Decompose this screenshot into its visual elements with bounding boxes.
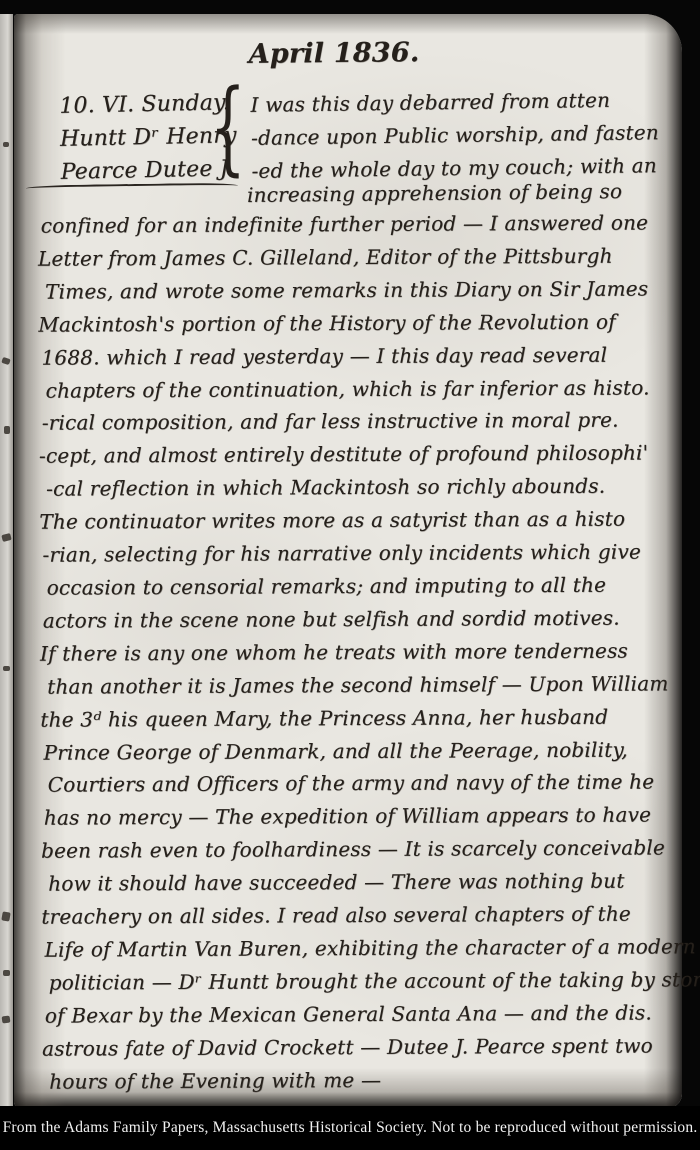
- facing-page-ink-mark: [3, 666, 10, 671]
- manuscript-line: Letter from James C. Gilleland, Editor o…: [38, 239, 674, 275]
- manuscript-line: has no mercy — The expedition of William…: [44, 799, 677, 835]
- manuscript-line: Mackintosh's portion of the History of t…: [38, 305, 674, 341]
- facing-page-ink-mark: [1, 533, 11, 542]
- manuscript-line: -cal reflection in which Mackintosh so r…: [46, 470, 675, 506]
- margin-divider-rule: [26, 183, 238, 192]
- manuscript-line: Courtiers and Officers of the army and n…: [48, 766, 677, 802]
- manuscript-line: been rash even to foolhardiness — It is …: [41, 832, 677, 868]
- manuscript-line: chapters of the continuation, which is f…: [46, 371, 675, 407]
- facing-page-edge: [0, 14, 13, 1106]
- entry-opening-lines: I was this day debarred from atten -danc…: [250, 83, 659, 188]
- facing-page-ink-mark: [2, 1015, 11, 1023]
- manuscript-line: politician — Dʳ Huntt brought the accoun…: [49, 963, 678, 999]
- entry-brace: {: [210, 76, 246, 180]
- manuscript-line: the 3ᵈ his queen Mary, the Princess Anna…: [40, 700, 676, 736]
- manuscript-line: -rian, selecting for his narrative only …: [42, 535, 675, 571]
- manuscript-line: astrous fate of David Crockett — Dutee J…: [42, 1029, 678, 1065]
- diary-date-heading: April 1836.: [0, 35, 668, 73]
- facing-page-ink-mark: [3, 970, 10, 976]
- manuscript-line: Prince George of Denmark, and all the Pe…: [43, 733, 676, 769]
- manuscript-line: occasion to censorial remarks; and imput…: [47, 568, 676, 604]
- manuscript-line: hours of the Evening with me —: [49, 1062, 678, 1098]
- facing-page-ink-mark: [1, 911, 10, 921]
- manuscript-line: actors in the scene none but selfish and…: [43, 601, 676, 637]
- entry-body-text: confined for an indefinite further perio…: [38, 206, 679, 1098]
- manuscript-line: how it should have succeeded — There was…: [48, 864, 677, 900]
- manuscript-line: 1688. which I read yesterday — I this da…: [41, 338, 674, 374]
- manuscript-line: If there is any one whom he treats with …: [40, 634, 676, 670]
- manuscript-page: April 1836. 10. VI. Sunday. Huntt Dʳ Hen…: [14, 14, 682, 1108]
- manuscript-line: treachery on all sides. I read also seve…: [41, 897, 677, 933]
- manuscript-line: of Bexar by the Mexican General Santa An…: [45, 996, 678, 1032]
- facing-page-ink-mark: [1, 357, 10, 365]
- manuscript-line: increasing apprehension of being so: [247, 179, 622, 207]
- manuscript-line: than another it is James the second hims…: [47, 667, 676, 703]
- attribution-text: From the Adams Family Papers, Massachuse…: [3, 1119, 698, 1137]
- manuscript-line: confined for an indefinite further perio…: [41, 206, 674, 242]
- manuscript-line: Life of Martin Van Buren, exhibiting the…: [44, 930, 677, 966]
- manuscript-line: -cept, and almost entirely destitute of …: [39, 437, 675, 473]
- attribution-band: From the Adams Family Papers, Massachuse…: [0, 1106, 700, 1150]
- facing-page-ink-mark: [4, 426, 10, 434]
- facing-page-ink-mark: [3, 142, 9, 147]
- manuscript-line: The continuator writes more as a satyris…: [39, 502, 675, 538]
- manuscript-line: -rical composition, and far less instruc…: [42, 404, 675, 440]
- manuscript-line: Times, and wrote some remarks in this Di…: [45, 272, 674, 308]
